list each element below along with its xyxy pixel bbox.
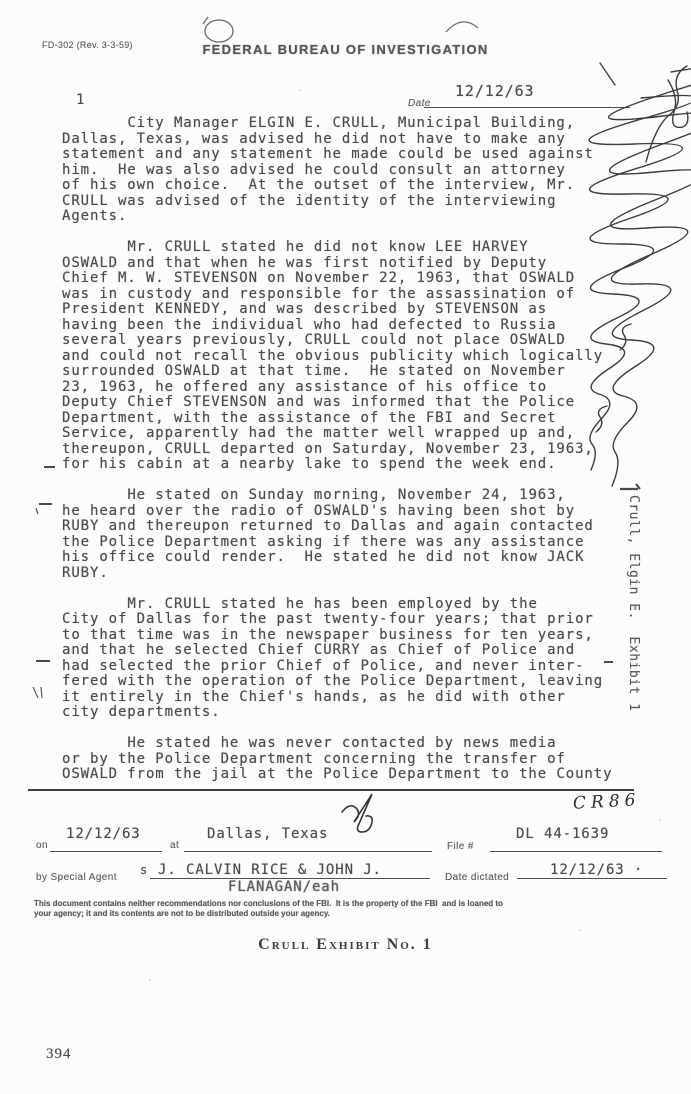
pen-stroke bbox=[600, 63, 615, 85]
agent-label: by Special Agent bbox=[36, 872, 117, 883]
file-label: File # bbox=[447, 841, 474, 852]
agency-title: FEDERAL BUREAU OF INVESTIGATION bbox=[0, 42, 691, 57]
paragraph-1: City Manager ELGIN E. CRULL, Municipal B… bbox=[62, 116, 622, 225]
paragraph-3: He stated on Sunday morning, November 24… bbox=[62, 488, 622, 581]
paragraph-2: Mr. CRULL stated he did not know LEE HAR… bbox=[62, 240, 622, 473]
date-value: 12/12/63 bbox=[455, 82, 534, 100]
circle-doodle bbox=[203, 17, 233, 42]
exhibit-caption: Crull Exhibit No. 1 bbox=[0, 936, 691, 954]
tick-mark bbox=[620, 484, 640, 489]
file-underline bbox=[490, 851, 662, 852]
footer-divider bbox=[28, 789, 634, 791]
paragraph-5: He stated he was never contacted by news… bbox=[62, 736, 622, 783]
at-label: at bbox=[170, 840, 179, 851]
at-underline bbox=[184, 851, 432, 852]
stray-marks bbox=[33, 508, 42, 698]
dictated-underline bbox=[517, 878, 667, 879]
on-value: 12/12/63 bbox=[66, 826, 141, 842]
margin-dash bbox=[44, 466, 55, 468]
file-value: DL 44-1639 bbox=[516, 826, 609, 842]
page-number: 1 bbox=[76, 92, 85, 108]
agent-value-line2: FLANAGAN/eah bbox=[228, 879, 340, 895]
scanned-document-page: FD-302 (Rev. 3-3-59) FEDERAL BUREAU OF I… bbox=[0, 0, 691, 1094]
on-label: on bbox=[36, 840, 48, 851]
report-body: City Manager ELGIN E. CRULL, Municipal B… bbox=[62, 116, 622, 798]
dictated-value: 12/12/63 · bbox=[550, 862, 643, 878]
handwritten-cr86: CR86 bbox=[573, 790, 641, 814]
margin-dash bbox=[36, 660, 50, 662]
arc-doodle bbox=[446, 22, 478, 32]
paragraph-4: Mr. CRULL stated he has been employed by… bbox=[62, 597, 622, 721]
date-underline bbox=[424, 107, 630, 108]
handwritten-checkmark-76 bbox=[342, 794, 372, 832]
dictated-label: Date dictated bbox=[445, 872, 509, 883]
at-value: Dallas, Texas bbox=[207, 826, 328, 842]
vertical-exhibit-label: Crull, Elgin E. Exhibit 1 bbox=[626, 495, 641, 712]
bottom-page-number: 394 bbox=[46, 1046, 72, 1063]
disclaimer-text: This document contains neither recommend… bbox=[34, 899, 666, 919]
margin-dash bbox=[39, 503, 52, 505]
on-underline bbox=[50, 851, 162, 852]
agent-prefix: s bbox=[140, 863, 148, 877]
agent-value: J. CALVIN RICE & JOHN J. bbox=[158, 862, 382, 878]
margin-dash bbox=[604, 661, 613, 663]
